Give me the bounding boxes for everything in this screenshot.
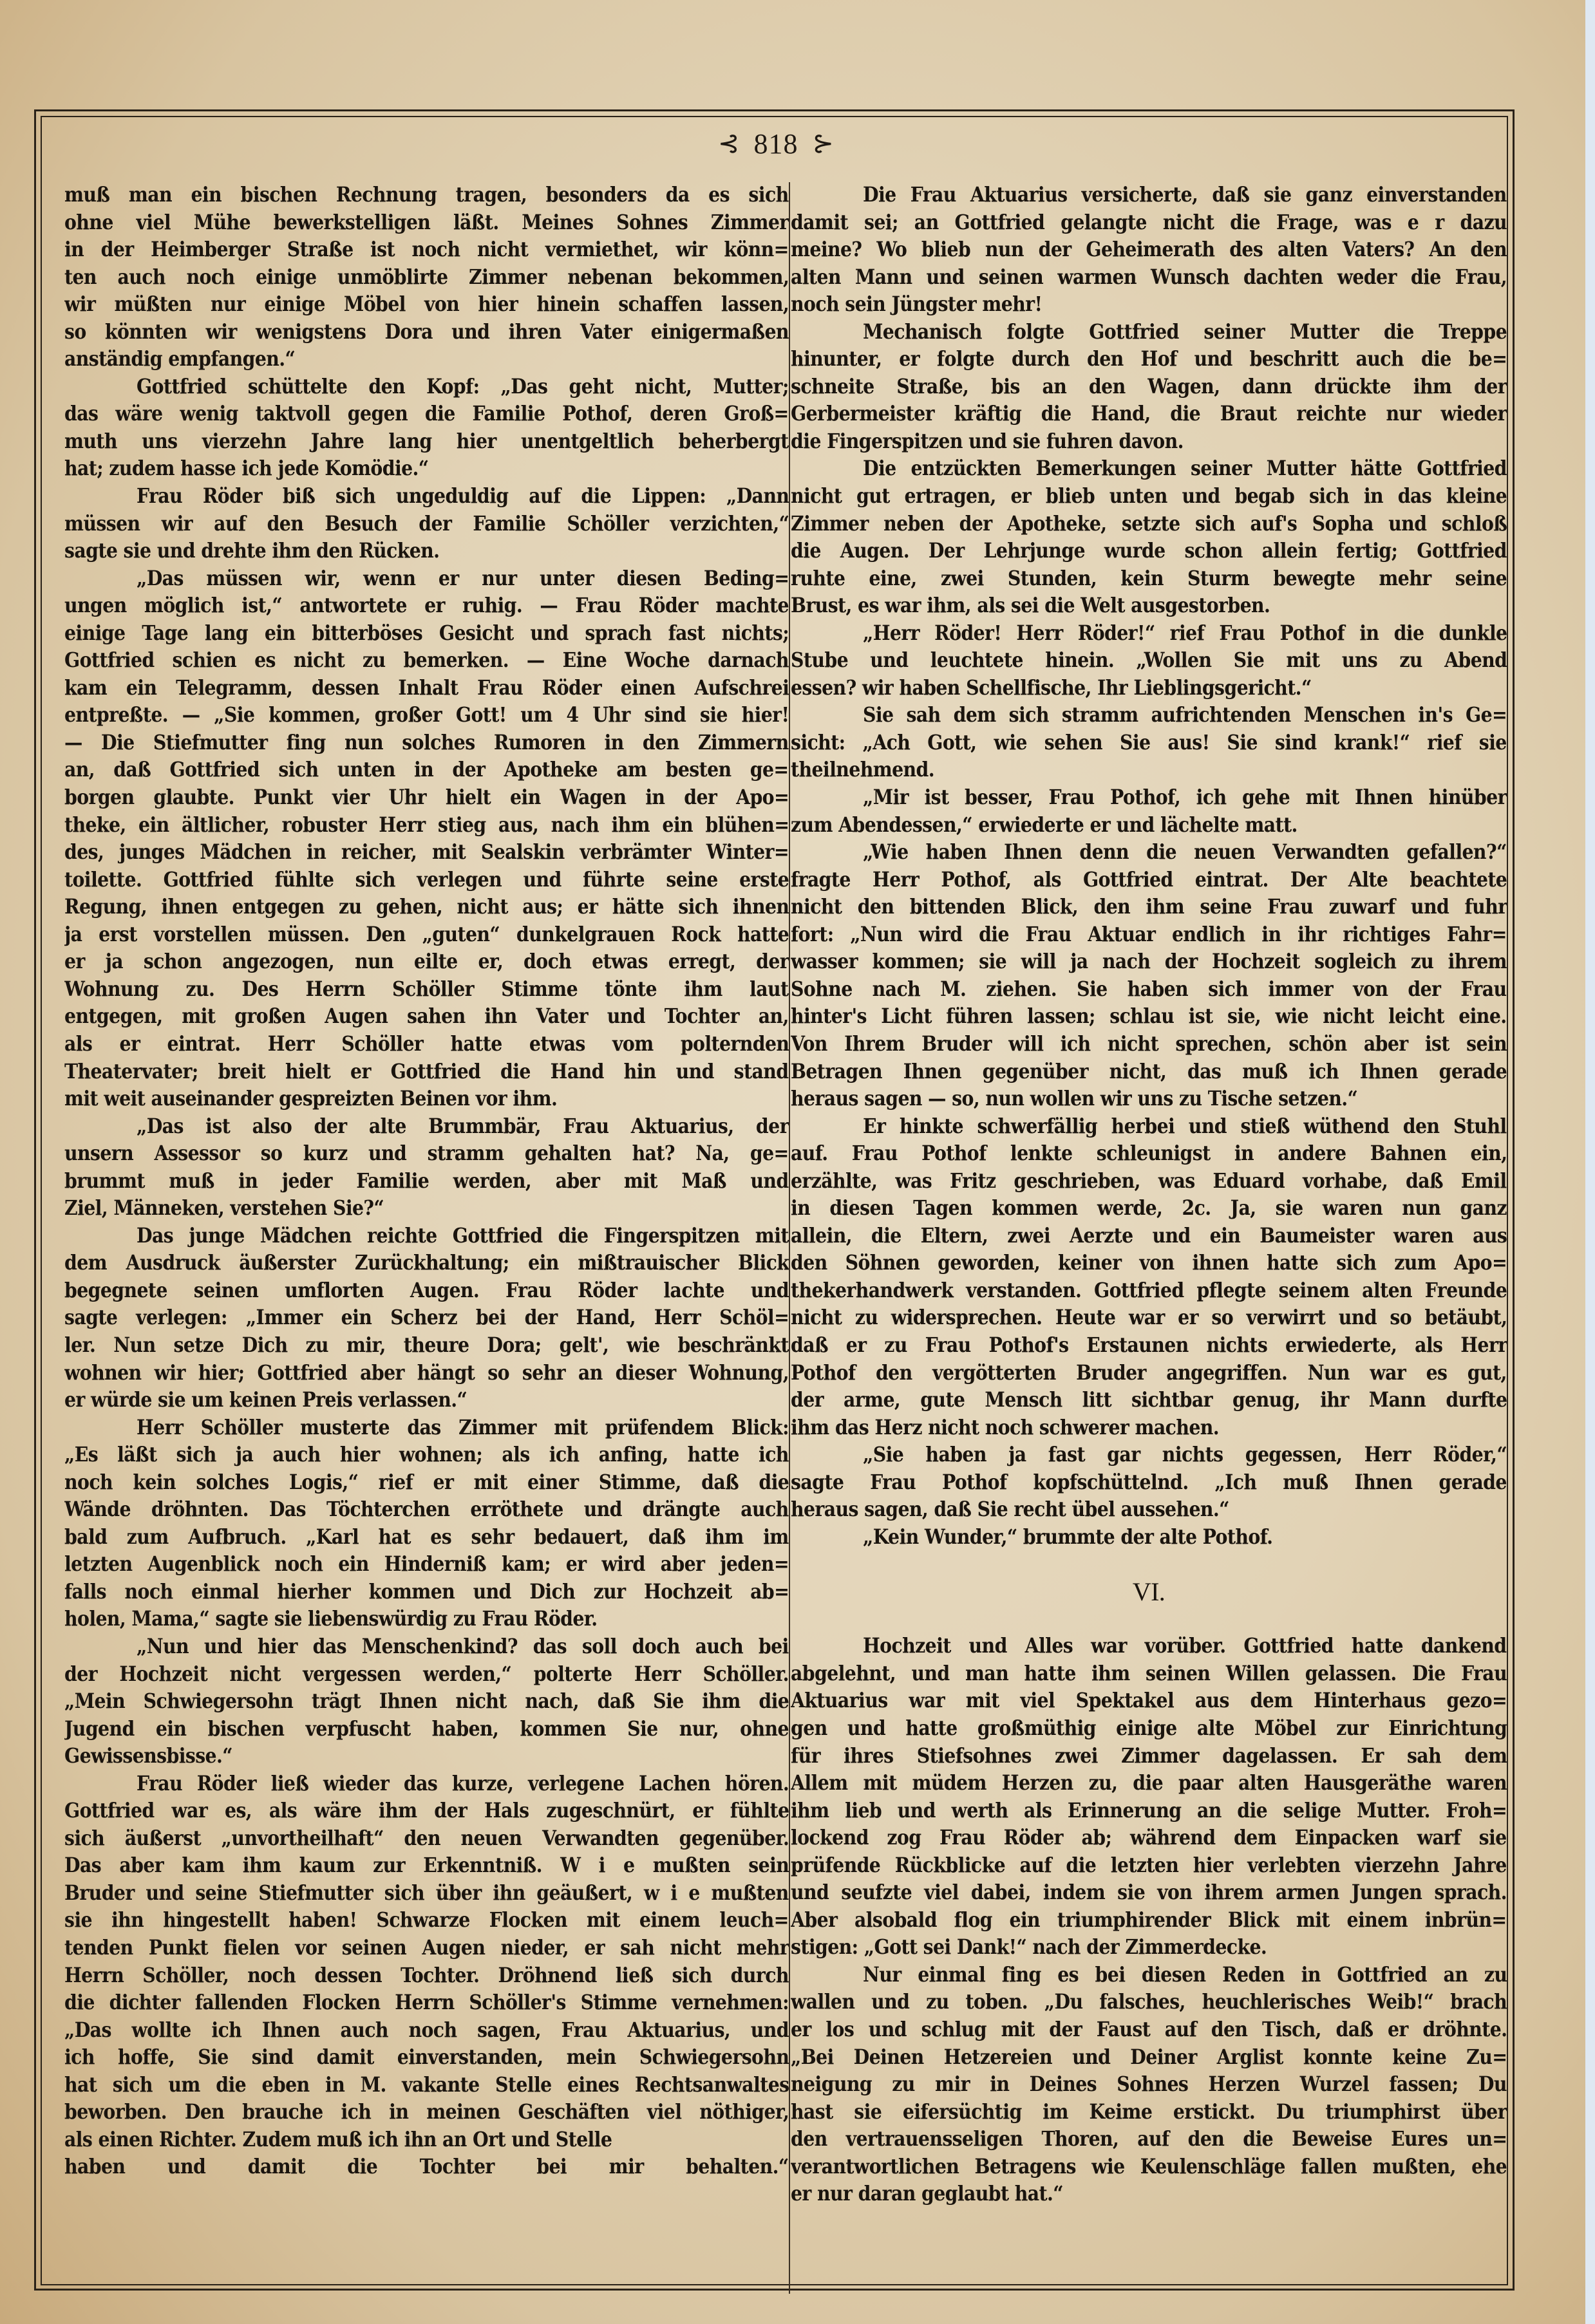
- text-line: „Das müssen wir, wenn er nur unter diese…: [64, 565, 789, 593]
- text-line: wasser kommen; sie will ja nach der Hoch…: [791, 948, 1507, 976]
- text-line: Betragen Ihnen gegenüber nicht, das muß …: [791, 1058, 1507, 1086]
- text-line: für ihres Stiefsohnes zwei Zimmer dagela…: [791, 1743, 1507, 1770]
- text-line: der arme, gute Mensch litt sichtbar genu…: [791, 1387, 1507, 1414]
- column-divider: [789, 182, 790, 2294]
- text-line: so könnten wir wenigstens Dora und ihren…: [64, 319, 789, 346]
- text-line: die Fingerspitzen und sie fuhren davon.: [791, 428, 1507, 456]
- text-line: die Augen. Der Lehrjunge wurde schon all…: [791, 538, 1507, 565]
- text-line: unsern Assessor so kurz und stramm gehal…: [64, 1140, 789, 1168]
- text-line: sagte Frau Pothof kopfschüttelnd. „Ich m…: [791, 1469, 1507, 1497]
- text-line: Gewissensbisse.“: [64, 1743, 789, 1770]
- text-line: Das aber kam ihm kaum zur Erkenntniß. W …: [64, 1852, 789, 1880]
- right-column: Die Frau Aktuarius versicherte, daß sie …: [791, 182, 1507, 2208]
- text-line: als einen Richter. Zudem muß ich ihn an …: [64, 2126, 789, 2154]
- text-line: Theatervater; breit hielt er Gottfried d…: [64, 1058, 789, 1086]
- text-line: verantwortlichen Betragens wie Keulensch…: [791, 2153, 1507, 2181]
- text-line: Aktuarius war mit viel Spektakel aus dem…: [791, 1687, 1507, 1715]
- text-line: und seufzte viel dabei, indem sie von ih…: [791, 1879, 1507, 1907]
- text-line: holen, Mama,“ sagte sie liebenswürdig zu…: [64, 1606, 789, 1633]
- text-line: noch kein solches Logis,“ rief er mit ei…: [64, 1469, 789, 1497]
- text-line: nicht gut ertragen, er blieb unten und b…: [791, 483, 1507, 511]
- text-line: Bruder und seine Stiefmutter sich über i…: [64, 1880, 789, 1907]
- text-line: Jugend ein bischen verpfuscht haben, kom…: [64, 1716, 789, 1743]
- text-line: Stube und leuchtete hinein. „Wollen Sie …: [791, 647, 1507, 675]
- text-line: abgelehnt, und man hatte ihm seinen Will…: [791, 1660, 1507, 1688]
- text-line: in der Heimberger Straße ist noch nicht …: [64, 236, 789, 264]
- text-line: hinunter, er folgte durch den Hof und be…: [791, 346, 1507, 373]
- text-line: essen? wir haben Schellfische, Ihr Liebl…: [791, 675, 1507, 702]
- text-line: brummt muß in jeder Familie werden, aber…: [64, 1168, 789, 1195]
- text-line: der Hochzeit nicht vergessen werden,“ po…: [64, 1661, 789, 1689]
- text-line: Brust, es war ihm, als sei die Welt ausg…: [791, 592, 1507, 620]
- text-line: Nur einmal fing es bei diesen Reden in G…: [791, 1962, 1507, 1989]
- text-line: Gottfried schien es nicht zu bemerken. —…: [64, 647, 789, 675]
- left-column: muß man ein bischen Rechnung tragen, bes…: [64, 182, 789, 2181]
- text-line: meine? Wo blieb nun der Geheimerath des …: [791, 236, 1507, 264]
- text-line: daß er zu Frau Pothof's Erstaunen nichts…: [791, 1332, 1507, 1360]
- text-line: „Nun und hier das Menschenkind? das soll…: [64, 1633, 789, 1661]
- text-line: er los und schlug mit der Faust auf den …: [791, 2016, 1507, 2044]
- text-line: Sie sah dem sich stramm aufrichtenden Me…: [791, 702, 1507, 729]
- text-line: ungen möglich ist,“ antwortete er ruhig.…: [64, 592, 789, 620]
- text-line: theilnehmend.: [791, 756, 1507, 784]
- text-line: „Kein Wunder,“ brummte der alte Pothof.: [791, 1524, 1507, 1551]
- text-line: gen und hatte großmüthig einige alte Möb…: [791, 1715, 1507, 1743]
- text-line: damit sei; an Gottfried gelangte nicht d…: [791, 209, 1507, 237]
- text-line: muß man ein bischen Rechnung tragen, bes…: [64, 182, 789, 209]
- text-line: alten Mann und seinen warmen Wunsch dach…: [791, 264, 1507, 292]
- text-line: fragte Herr Pothof, als Gottfried eintra…: [791, 867, 1507, 894]
- text-line: entpreßte. — „Sie kommen, großer Gott! u…: [64, 702, 789, 729]
- text-line: Sohne nach M. ziehen. Sie haben sich imm…: [791, 976, 1507, 1004]
- text-line: Wände dröhnten. Das Töchterchen erröthet…: [64, 1496, 789, 1524]
- text-line: Herrn Schöller, noch dessen Tochter. Drö…: [64, 1962, 789, 1990]
- text-line: nicht den bittenden Blick, den ihm seine…: [791, 894, 1507, 921]
- text-line: ler. Nun setze Dich zu mir, theure Dora;…: [64, 1332, 789, 1360]
- text-line: kam ein Telegramm, dessen Inhalt Frau Rö…: [64, 675, 789, 702]
- text-line: „Das ist also der alte Brummbär, Frau Ak…: [64, 1113, 789, 1141]
- text-line: ich hoffe, Sie sind damit einverstanden,…: [64, 2044, 789, 2072]
- text-line: Gerbermeister kräftig die Hand, die Brau…: [791, 400, 1507, 428]
- text-line: schneite Straße, bis an den Wagen, dann …: [791, 373, 1507, 401]
- text-line: sagte sie und drehte ihm den Rücken.: [64, 538, 789, 565]
- text-line: wohnen wir hier; Gottfried aber hängt so…: [64, 1360, 789, 1387]
- text-line: Pothof den vergötterten Bruder angegriff…: [791, 1360, 1507, 1387]
- text-line: Frau Röder biß sich ungeduldig auf die L…: [64, 483, 789, 511]
- text-line: stigen: „Gott sei Dank!“ nach der Zimmer…: [791, 1934, 1507, 1962]
- text-line: „Sie haben ja fast gar nichts gegessen, …: [791, 1441, 1507, 1469]
- text-line: „Herr Röder! Herr Röder!“ rief Frau Poth…: [791, 620, 1507, 648]
- text-line: er nur daran geglaubt hat.“: [791, 2180, 1507, 2208]
- text-line: den Söhnen geworden, keiner von ihnen ha…: [791, 1250, 1507, 1277]
- text-line: Frau Röder ließ wieder das kurze, verleg…: [64, 1770, 789, 1798]
- text-line: Ziel, Männeken, verstehen Sie?“: [64, 1195, 789, 1223]
- text-line: an, daß Gottfried sich unten in der Apot…: [64, 756, 789, 784]
- text-line: ten auch noch einige unmöblirte Zimmer n…: [64, 264, 789, 292]
- text-line: neigung zu mir in Deines Sohnes Herzen W…: [791, 2071, 1507, 2099]
- text-line: als er eintrat. Herr Schöller hatte etwa…: [64, 1031, 789, 1058]
- text-line: des, junges Mädchen in reicher, mit Seal…: [64, 839, 789, 867]
- text-line: hat sich um die eben in M. vakante Stell…: [64, 2072, 789, 2099]
- text-line: Gottfried schüttelte den Kopf: „Das geht…: [64, 373, 789, 401]
- text-line: Zimmer neben der Apotheke, setzte sich a…: [791, 511, 1507, 538]
- text-line: Hochzeit und Alles war vorüber. Gottfrie…: [791, 1633, 1507, 1660]
- page-number: 818: [754, 127, 798, 160]
- text-line: den vertrauensseligen Thoren, auf den di…: [791, 2126, 1507, 2153]
- text-line: Mechanisch folgte Gottfried seiner Mutte…: [791, 319, 1507, 346]
- text-line: zum Abendessen,“ erwiederte er und läche…: [791, 812, 1507, 839]
- text-line: ihm das Herz nicht noch schwerer machen.: [791, 1414, 1507, 1442]
- text-line: muth uns vierzehn Jahre lang hier unentg…: [64, 428, 789, 456]
- text-line: nicht zu widersprechen. Heute war er so …: [791, 1304, 1507, 1332]
- text-line: — Die Stiefmutter fing nun solches Rumor…: [64, 729, 789, 757]
- text-line: einige Tage lang ein bitterböses Gesicht…: [64, 620, 789, 648]
- text-line: thekerhandwerk verstanden. Gottfried pfl…: [791, 1277, 1507, 1305]
- text-line: lockend zog Frau Röder ab; während dem E…: [791, 1824, 1507, 1852]
- text-line: hinter's Licht führen lassen; schlau ist…: [791, 1003, 1507, 1031]
- text-line: falls noch einmal hierher kommen und Dic…: [64, 1579, 789, 1606]
- ornament-right-icon: ⊱: [813, 131, 835, 156]
- text-line: ihm lieb und werth als Erinnerung an die…: [791, 1797, 1507, 1825]
- text-line: Aber alsobald flog ein triumphirender Bl…: [791, 1907, 1507, 1935]
- text-line: Von Ihrem Bruder will ich nicht sprechen…: [791, 1031, 1507, 1058]
- text-line: sie ihn hingestellt haben! Schwarze Floc…: [64, 1907, 789, 1935]
- text-line: wallen und zu toben. „Du falsches, heuch…: [791, 1989, 1507, 2016]
- text-line: ohne viel Mühe bewerkstelligen läßt. Mei…: [64, 209, 789, 237]
- text-line: Regung, ihnen entgegen zu gehen, nicht a…: [64, 894, 789, 921]
- text-line: anständig empfangen.“: [64, 346, 789, 373]
- text-line: noch sein Jüngster mehr!: [791, 291, 1507, 319]
- text-line: beworben. Den brauche ich in meinen Gesc…: [64, 2099, 789, 2126]
- newspaper-page: ⊰ 818 ⊱ muß man ein bischen Rechnung tra…: [0, 0, 1585, 2324]
- text-line: „Mir ist besser, Frau Pothof, ich gehe m…: [791, 784, 1507, 812]
- text-line: hat; zudem hasse ich jede Komödie.“: [64, 455, 789, 483]
- text-line: Die Frau Aktuarius versicherte, daß sie …: [791, 182, 1507, 209]
- text-line: begegnete seinen umflorten Augen. Frau R…: [64, 1277, 789, 1305]
- text-line: Er hinkte schwerfällig herbei und stieß …: [791, 1113, 1507, 1141]
- text-line: Wohnung zu. Des Herrn Schöller Stimme tö…: [64, 976, 789, 1004]
- text-line: Herr Schöller musterte das Zimmer mit pr…: [64, 1414, 789, 1442]
- chapter-heading: VI.: [791, 1551, 1507, 1633]
- text-line: prüfende Rückblicke auf die letzten hier…: [791, 1852, 1507, 1880]
- text-line: letzten Augenblick noch ein Hinderniß ka…: [64, 1551, 789, 1579]
- text-line: „Wie haben Ihnen denn die neuen Verwandt…: [791, 839, 1507, 867]
- text-line: auf. Frau Pothof lenkte schleunigst in a…: [791, 1140, 1507, 1168]
- text-line: sich äußerst „unvortheilhaft“ den neuen …: [64, 1825, 789, 1853]
- text-line: das wäre wenig taktvoll gegen die Famili…: [64, 400, 789, 428]
- text-line: Allem mit müdem Herzen zu, die paar alte…: [791, 1770, 1507, 1797]
- text-line: bald zum Aufbruch. „Karl hat es sehr bed…: [64, 1524, 789, 1551]
- text-line: toilette. Gottfried fühlte sich verlegen…: [64, 867, 789, 894]
- text-line: „Mein Schwiegersohn trägt Ihnen nicht na…: [64, 1688, 789, 1716]
- text-line: ruhte eine, zwei Stunden, kein Sturm bew…: [791, 565, 1507, 593]
- text-line: ja erst vorstellen müssen. Den „guten“ d…: [64, 921, 789, 949]
- page-header: ⊰ 818 ⊱: [683, 126, 869, 162]
- text-line: „Bei Deinen Hetzereien und Deiner Arglis…: [791, 2044, 1507, 2072]
- text-line: müssen wir auf den Besuch der Familie Sc…: [64, 511, 789, 538]
- text-line: haben und damit die Tochter bei mir beha…: [64, 2153, 789, 2181]
- scan-edge: [1585, 0, 1595, 2324]
- text-line: theke, ein ältlicher, robuster Herr stie…: [64, 812, 789, 839]
- ornament-left-icon: ⊰: [718, 131, 740, 156]
- text-line: Die entzückten Bemerkungen seiner Mutter…: [791, 455, 1507, 483]
- text-line: borgen glaubte. Punkt vier Uhr hielt ein…: [64, 784, 789, 812]
- text-line: entgegen, mit großen Augen sahen ihn Vat…: [64, 1003, 789, 1031]
- text-line: Gottfried war es, als wäre ihm der Hals …: [64, 1797, 789, 1825]
- text-line: Das junge Mädchen reichte Gottfried die …: [64, 1223, 789, 1250]
- text-line: wir müßten nur einige Möbel von hier hin…: [64, 291, 789, 319]
- text-line: heraus sagen — so, nun wollen wir uns zu…: [791, 1085, 1507, 1113]
- text-line: erzählte, was Fritz geschrieben, was Edu…: [791, 1168, 1507, 1195]
- text-line: mit weit auseinander gespreizten Beinen …: [64, 1085, 789, 1113]
- text-line: heraus sagen, daß Sie recht übel aussehe…: [791, 1496, 1507, 1524]
- text-line: hast sie eifersüchtig im Keime erstickt.…: [791, 2099, 1507, 2126]
- text-line: allein, die Eltern, zwei Aerzte und ein …: [791, 1223, 1507, 1250]
- text-line: „Das wollte ich Ihnen auch noch sagen, F…: [64, 2017, 789, 2045]
- text-line: dem Ausdruck äußerster Zurückhaltung; ei…: [64, 1250, 789, 1277]
- text-line: tenden Punkt fielen vor seinen Augen nie…: [64, 1935, 789, 1962]
- text-line: sicht: „Ach Gott, wie sehen Sie aus! Sie…: [791, 729, 1507, 757]
- text-line: sagte verlegen: „Immer ein Scherz bei de…: [64, 1304, 789, 1332]
- text-line: er ja schon angezogen, nun eilte er, doc…: [64, 948, 789, 976]
- text-line: „Es läßt sich ja auch hier wohnen; als i…: [64, 1441, 789, 1469]
- text-line: er würde sie um keinen Preis verlassen.“: [64, 1387, 789, 1414]
- text-line: in diesen Tagen kommen werde, 2c. Ja, si…: [791, 1195, 1507, 1223]
- text-line: fort: „Nun wird die Frau Aktuar endlich …: [791, 921, 1507, 949]
- text-line: die dichter fallenden Flocken Herrn Schö…: [64, 1989, 789, 2017]
